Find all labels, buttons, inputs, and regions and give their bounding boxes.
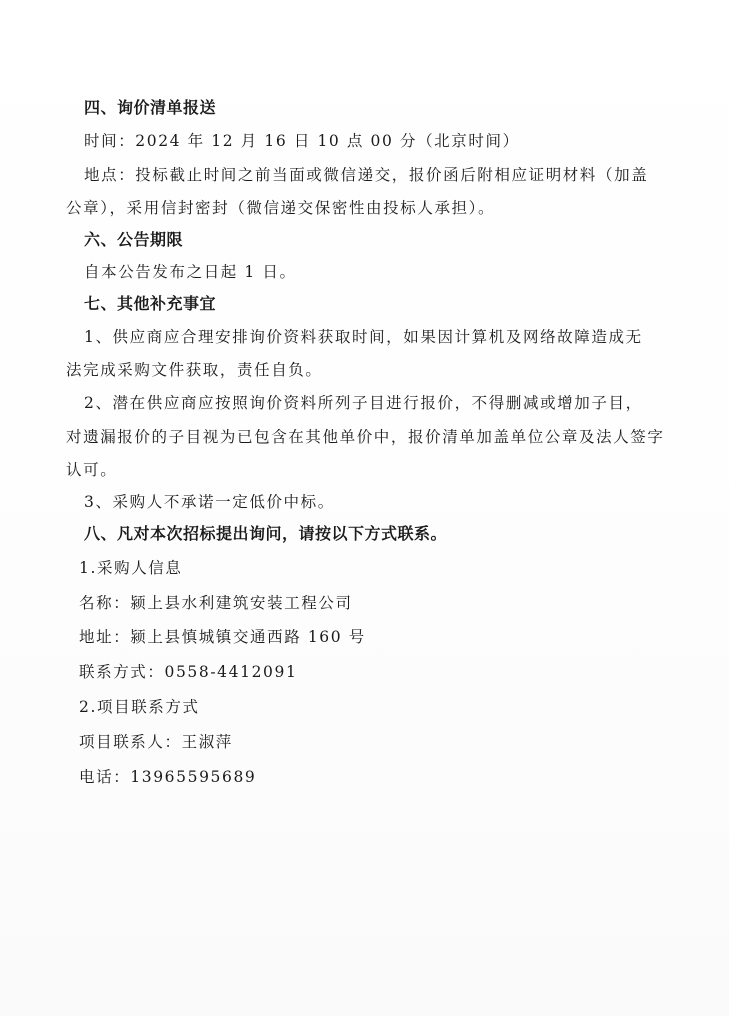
submission-place-line-1: 地点：投标截止时间之前当面或微信递交，报价函后附相应证明材料（加盖: [84, 165, 648, 185]
section-8-heading: 八、凡对本次招标提出询问，请按以下方式联系。: [84, 524, 447, 544]
supplement-item-3: 3、采购人不承诺一定低价中标。: [84, 492, 335, 512]
buyer-address: 地址：颍上县慎城镇交通西路 160 号: [79, 627, 366, 647]
document-page: 四、询价清单报送 时间：2024 年 12 月 16 日 10 点 00 分（北…: [0, 0, 729, 1016]
buyer-contact: 联系方式：0558-4412091: [79, 662, 297, 682]
section-6-heading: 六、公告期限: [84, 230, 183, 250]
buyer-name: 名称：颍上县水利建筑安装工程公司: [79, 593, 353, 613]
supplement-item-2-line-2: 对遗漏报价的子目视为已包含在其他单价中，报价清单加盖单位公章及法人签字: [66, 427, 665, 447]
submission-place-line-2: 公章），采用信封密封（微信递交保密性由投标人承担）。: [66, 198, 495, 218]
project-contact-title: 2.项目联系方式: [79, 697, 200, 717]
supplement-item-2-line-1: 2、潜在供应商应按照询价资料所列子目进行报价，不得删减或增加子目，: [84, 393, 643, 413]
project-phone: 电话：13965595689: [79, 767, 256, 787]
submission-time: 时间：2024 年 12 月 16 日 10 点 00 分（北京时间）: [84, 131, 520, 151]
supplement-item-2-line-3: 认可。: [66, 460, 117, 480]
supplement-item-1-line-1: 1、供应商应合理安排询价资料获取时间，如果因计算机及网络故障造成无: [84, 327, 643, 347]
supplement-item-1-line-2: 法完成采购文件获取，责任自负。: [66, 360, 323, 380]
project-contact-person: 项目联系人：王淑萍: [79, 732, 233, 752]
section-7-heading: 七、其他补充事宜: [84, 294, 216, 314]
section-4-heading: 四、询价清单报送: [84, 98, 216, 118]
buyer-info-title: 1.采购人信息: [79, 558, 183, 578]
notice-period-text: 自本公告发布之日起 1 日。: [84, 262, 297, 282]
